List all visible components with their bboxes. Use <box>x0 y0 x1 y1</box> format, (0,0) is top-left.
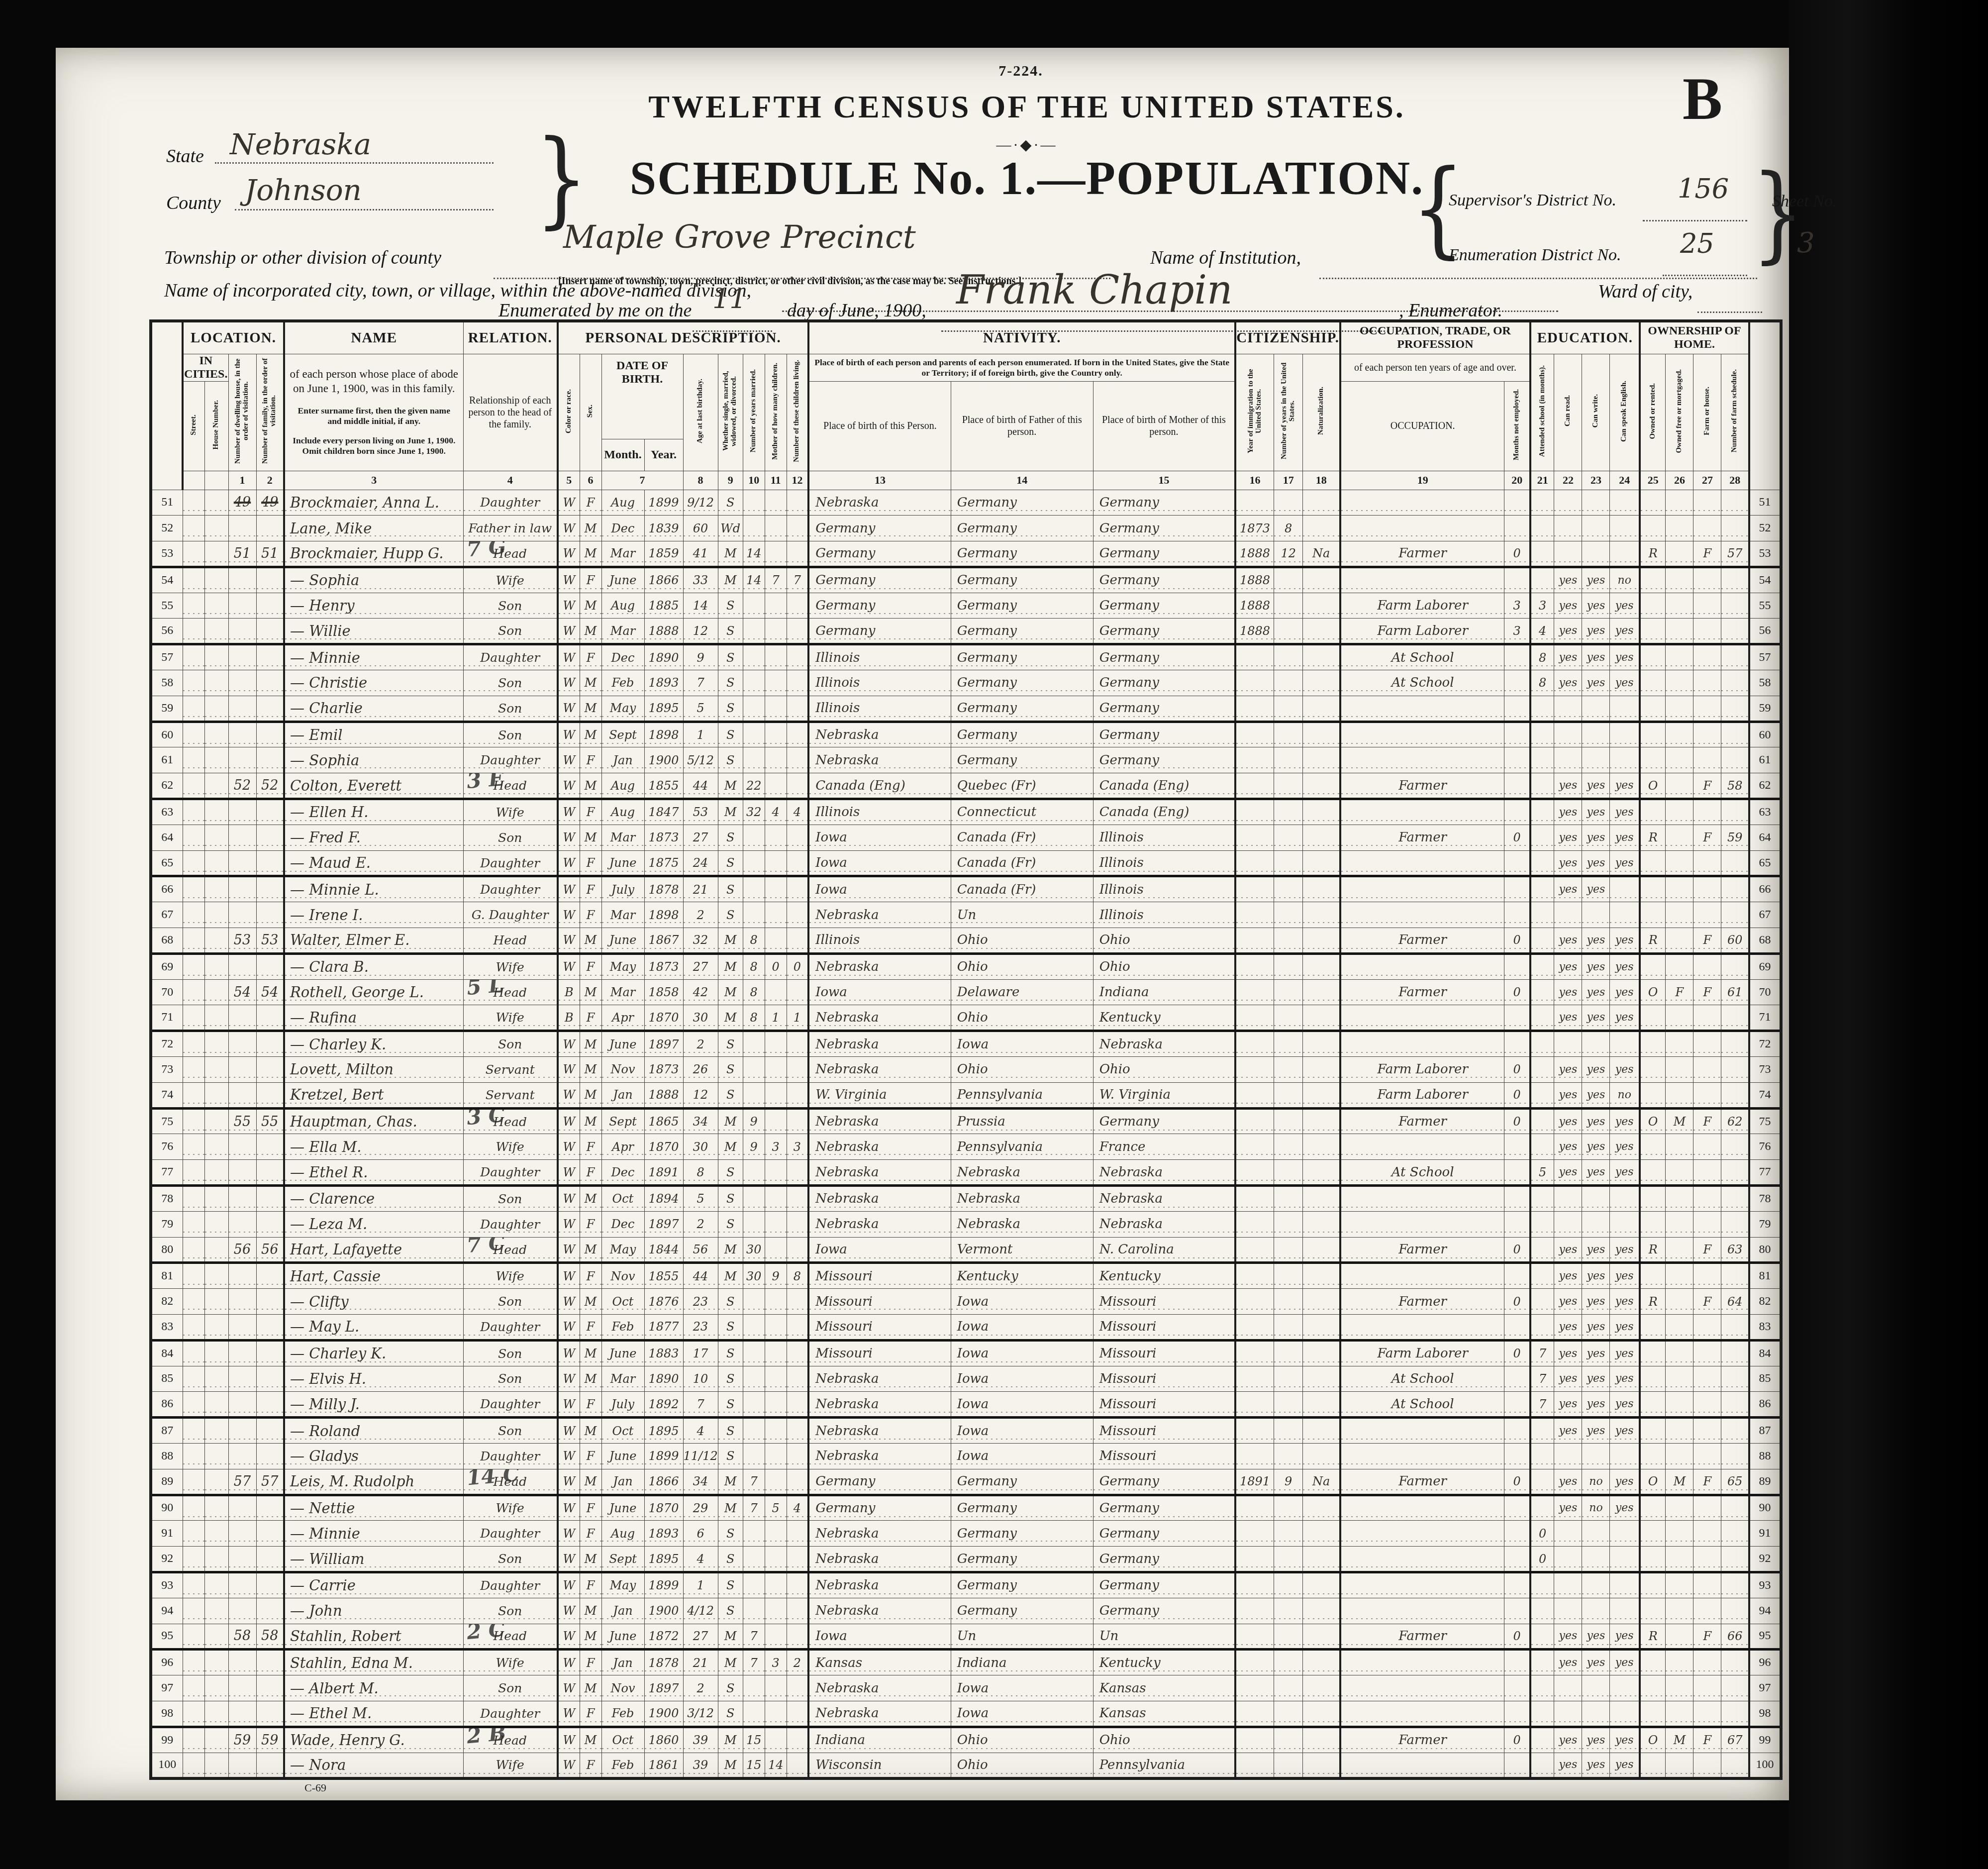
group-citizenship: CITIZENSHIP. <box>1235 321 1340 354</box>
group-occupation: OCCUPATION, TRADE, OR PROFESSION <box>1340 321 1530 354</box>
census-row: 63— Ellen H.WifeWFAug184753M3244Illinois… <box>151 799 1781 825</box>
col-family-label: Number of family, in the order of visita… <box>262 358 278 464</box>
col-occupation-label: OCCUPATION. <box>1340 381 1504 471</box>
column-number-row: 12 34 56 7 89 1011 12 1314 15 1617 18 19… <box>151 471 1781 490</box>
col-age-label: Age at last birthday. <box>696 379 704 443</box>
enumerated-prefix: Enumerated by me on the <box>498 300 692 321</box>
census-row: 77— Ethel R.DaughterWFDec18918SNebraskaN… <box>151 1160 1781 1186</box>
census-row: 76— Ella M.WifeWFApr187030M933NebraskaPe… <box>151 1134 1781 1160</box>
enumerated-day: 11 <box>712 284 747 315</box>
census-row: 55— HenrySonWMAug188514SGermanyGermanyGe… <box>151 593 1781 619</box>
census-row: 86— Milly J.DaughterWFJuly18927SNebraska… <box>151 1392 1781 1418</box>
city-label: Name of incorporated city, town, or vill… <box>164 280 751 302</box>
col-color-label: Color or race. <box>565 389 573 433</box>
census-row: 805656Hart, LafayetteHead7 CWMMay184456M… <box>151 1237 1781 1263</box>
sheet-label: Sheet No. <box>1772 192 1837 211</box>
census-row: 995959Wade, Henry G.Head2 BWMOct186039M1… <box>151 1727 1781 1753</box>
nativity-note: Place of birth of each person and parent… <box>808 354 1235 381</box>
sheet-side-letter: B <box>1683 65 1722 133</box>
census-row: 87— RolandSonWMOct18954SNebraskaIowaMiss… <box>151 1418 1781 1444</box>
group-nativity: NATIVITY. <box>808 321 1235 354</box>
col-pob-person-label: Place of birth of this Person. <box>808 381 951 471</box>
col-pob-father-label: Place of birth of Father of this person. <box>951 381 1093 471</box>
scan-dark-edge <box>1789 0 1988 1869</box>
census-row: 955858Stahlin, RobertHead2 CWMJune187227… <box>151 1624 1781 1650</box>
sheet-value: 3 <box>1797 227 1815 259</box>
enumerator-mark: 2 C <box>466 1624 506 1644</box>
census-row: 56— WillieSonWMMar188812SGermanyGermanyG… <box>151 619 1781 644</box>
col-english-label: Can speak English. <box>1620 381 1628 442</box>
col-free-mortgaged-label: Owned free or mortgaged. <box>1676 369 1684 453</box>
state-line <box>215 154 494 164</box>
col-write-label: Can write. <box>1592 394 1600 428</box>
col-school-label: Attended school (in months). <box>1539 365 1547 457</box>
group-in-cities: IN CITIES. <box>183 354 228 381</box>
group-name: NAME <box>284 321 463 354</box>
census-table: LOCATION. NAME RELATION. PERSONAL DESCRI… <box>149 319 1783 1780</box>
census-sheet: 7-224. TWELFTH CENSUS OF THE UNITED STAT… <box>56 48 1789 1800</box>
col-months-not-employed-label: Months not employed. <box>1513 389 1521 460</box>
census-row: 78— ClarenceSonWMOct18945SNebraskaNebras… <box>151 1186 1781 1212</box>
census-row: 57— MinnieDaughterWFDec18909SIllinoisGer… <box>151 644 1781 670</box>
relation-description: Relationship of each person to the head … <box>463 354 558 471</box>
census-row: 625252Colton, EverettHead3 EWMAug185544M… <box>151 773 1781 799</box>
enumerator-mark: 14 C <box>466 1469 520 1490</box>
census-row: 96Stahlin, Edna M.WifeWFJan187821M732Kan… <box>151 1650 1781 1675</box>
group-education: EDUCATION. <box>1530 321 1640 354</box>
census-row: 60— EmilSonWMSept18981SNebraskaGermanyGe… <box>151 722 1781 747</box>
county-line <box>235 201 494 210</box>
census-row: 895757Leis, M. RudolphHead14 CWMJan18663… <box>151 1469 1781 1495</box>
census-row: 82— CliftySonWMOct187623SMissouriIowaMis… <box>151 1289 1781 1315</box>
census-body: 514949Brockmaier, Anna L.DaughterWFAug18… <box>151 490 1781 1778</box>
census-row: 85— Elvis H.SonWMMar189010SNebraskaIowaM… <box>151 1366 1781 1392</box>
col-years-married-label: Number of years married. <box>750 369 758 452</box>
col-mother-children-label: Mother of how many children. <box>772 363 780 460</box>
census-row: 69— Clara B.WifeWFMay187327M800NebraskaO… <box>151 953 1781 979</box>
census-row: 83— May L.DaughterWFFeb187723SMissouriIo… <box>151 1315 1781 1341</box>
enumerator-mark: 3 E <box>466 773 505 794</box>
col-read-label: Can read. <box>1564 395 1572 426</box>
enumerator-mark: 7 G <box>466 541 507 562</box>
ward-line <box>1697 304 1762 313</box>
line-number-header-left <box>151 321 183 490</box>
line-number-header-right <box>1749 321 1781 490</box>
group-relation: RELATION. <box>463 321 558 354</box>
supervisor-line <box>1643 212 1747 221</box>
enumerated-mid: day of June, 1900, <box>787 300 926 321</box>
census-row: 91— MinnieDaughterWFAug18936SNebraskaGer… <box>151 1521 1781 1547</box>
state-label: State <box>166 145 204 167</box>
census-row: 54— SophiaWifeWFJune186633M1477GermanyGe… <box>151 567 1781 593</box>
form-footnote: C-69 <box>304 1781 326 1794</box>
census-title: TWELFTH CENSUS OF THE UNITED STATES. <box>265 89 1789 125</box>
dob-header: DATE OF BIRTH. <box>601 354 683 439</box>
census-row: 72— Charley K.SonWMJune18972SNebraskaIow… <box>151 1031 1781 1057</box>
enumerator-mark: 3 C <box>466 1108 506 1130</box>
census-row: 66— Minnie L.DaughterWFJuly187821SIowaCa… <box>151 876 1781 902</box>
col-years-us-label: Number of years in the United States. <box>1281 358 1296 464</box>
census-row: 71— RufinaWifeBFApr187030M811NebraskaOhi… <box>151 1005 1781 1031</box>
institution-line <box>1319 270 1757 279</box>
census-row: 94— JohnSonWMJan19004/12SNebraskaGermany… <box>151 1598 1781 1624</box>
township-label: Township or other division of county <box>164 247 441 269</box>
institution-label: Name of Institution, <box>1150 247 1301 269</box>
group-location: LOCATION. <box>183 321 284 354</box>
group-ownership: OWNERSHIP OF HOME. <box>1640 321 1749 354</box>
col-pob-mother-label: Place of birth of Mother of this person. <box>1093 381 1235 471</box>
col-immigration-label: Year of immigration to the United States… <box>1247 358 1263 464</box>
enumerator-name: Frank Chapin <box>956 267 1233 313</box>
col-farm-schedule-label: Number of farm schedule. <box>1731 369 1739 452</box>
form-number: 7-224. <box>946 63 1095 80</box>
census-row: 92— WilliamSonWMSept18954SNebraskaGerman… <box>151 1547 1781 1572</box>
census-row: 514949Brockmaier, Anna L.DaughterWFAug18… <box>151 490 1781 516</box>
ward-label: Ward of city, <box>1598 281 1692 303</box>
census-row: 64— Fred F.SonWMMar187327SIowaCanada (Fr… <box>151 825 1781 850</box>
census-row: 755555Hauptman, Chas.Head3 CWMSept186534… <box>151 1108 1781 1134</box>
census-row: 100— NoraWifeWFFeb186139M1514WisconsinOh… <box>151 1753 1781 1778</box>
census-row: 685353Walter, Elmer E.HeadWMJune186732M8… <box>151 928 1781 954</box>
col-naturalization-label: Naturalization. <box>1317 387 1325 435</box>
census-row: 93— CarrieDaughterWFMay18991SNebraskaGer… <box>151 1572 1781 1598</box>
col-farm-house-label: Farm or house. <box>1703 387 1711 435</box>
name-description: of each person whose place of abode on J… <box>284 354 463 471</box>
census-row: 705454Rothell, George L.Head5 LBMMar1858… <box>151 979 1781 1005</box>
enumerator-mark: 5 L <box>466 979 504 1000</box>
census-row: 79— Leza M.DaughterWFDec18972SNebraskaNe… <box>151 1211 1781 1237</box>
census-row: 97— Albert M.SonWMNov18972SNebraskaIowaK… <box>151 1675 1781 1701</box>
col-owned-rented-label: Owned or rented. <box>1649 383 1657 439</box>
group-personal: PERSONAL DESCRIPTION. <box>558 321 808 354</box>
enumerator-mark: 2 B <box>466 1727 507 1748</box>
census-row: 65— Maud E.DaughterWFJune187524SIowaCana… <box>151 850 1781 876</box>
district-label: Enumeration District No. <box>1449 246 1621 265</box>
enumerator-mark: 7 C <box>466 1237 506 1257</box>
col-marital-label: Whether single, married, widowed, or div… <box>722 358 738 464</box>
col-street-label: Street. <box>190 415 198 435</box>
census-row: 88— GladysDaughterWFJune189911/12SNebras… <box>151 1443 1781 1469</box>
col-year-label: Year. <box>644 439 683 471</box>
district-value: 25 <box>1680 228 1714 259</box>
col-children-living-label: Number of these children living. <box>793 360 801 462</box>
supervisor-value: 156 <box>1678 173 1729 205</box>
col-month-label: Month. <box>601 439 644 471</box>
census-row: 52Lane, MikeFather in lawWMDec183960WdGe… <box>151 516 1781 541</box>
census-row: 81Hart, CassieWifeWFNov185544M3098Missou… <box>151 1263 1781 1289</box>
enumerator-suffix: , Enumerator. <box>1399 300 1502 321</box>
census-row: 67— Irene I.G. DaughterWFMar18982SNebras… <box>151 902 1781 928</box>
census-row: 84— Charley K.SonWMJune188317SMissouriIo… <box>151 1340 1781 1366</box>
census-row: 61— SophiaDaughterWFJan19005/12SNebraska… <box>151 747 1781 773</box>
census-row: 74Kretzel, BertServantWMJan188812SW. Vir… <box>151 1082 1781 1108</box>
census-row: 58— ChristieSonWMFeb18937SIllinoisGerman… <box>151 670 1781 696</box>
census-row: 535151Brockmaier, Hupp G.Head7 GWMMar185… <box>151 541 1781 567</box>
county-label: County <box>166 192 221 214</box>
col-house-label: House Number. <box>212 400 220 449</box>
census-row: 98— Ethel M.DaughterWFFeb19003/12SNebras… <box>151 1701 1781 1727</box>
occupation-subtitle: of each person ten years of age and over… <box>1340 354 1530 381</box>
census-row: 59— CharlieSonWMMay18955SIllinoisGermany… <box>151 696 1781 722</box>
supervisor-label: Supervisor's District No. <box>1449 191 1616 210</box>
township-value: Maple Grove Precinct <box>563 219 916 256</box>
census-row: 90— NettieWifeWFJune187029M754GermanyGer… <box>151 1495 1781 1521</box>
census-row: 73Lovett, MiltonServantWMNov187326SNebra… <box>151 1057 1781 1083</box>
census-scan-page: 7-224. TWELFTH CENSUS OF THE UNITED STAT… <box>0 0 1988 1869</box>
col-dwelling-label: Number of dwelling house, in the order o… <box>234 358 250 464</box>
col-sex-label: Sex. <box>587 405 595 417</box>
